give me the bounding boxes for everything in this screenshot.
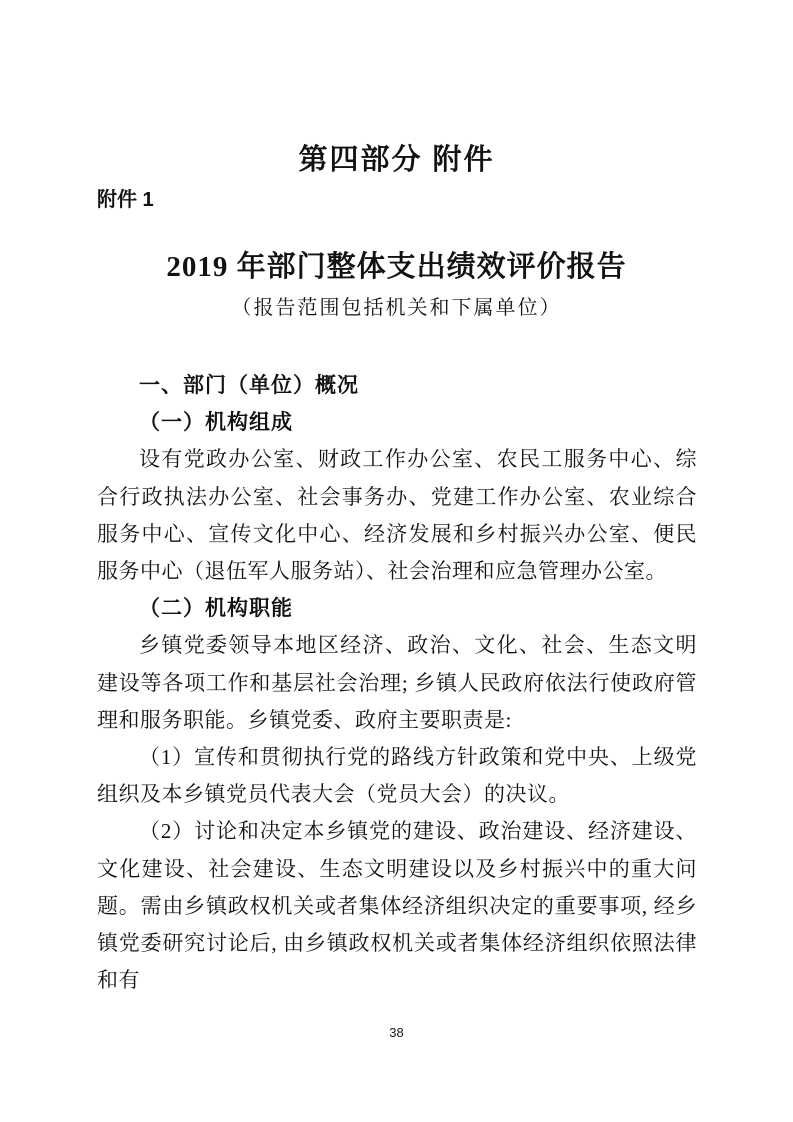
paragraph-2: 乡镇党委领导本地区经济、政治、文化、社会、生态文明建设等各项工作和基层社会治理;… [97, 627, 697, 739]
report-title: 2019 年部门整体支出绩效评价报告 [0, 247, 793, 287]
paragraph-4: （2）讨论和决定本乡镇党的建设、政治建设、经济建设、文化建设、社会建设、生态文明… [97, 813, 697, 999]
document-body: 一、部门（单位）概况 （一）机构组成 设有党政办公室、财政工作办公室、农民工服务… [97, 367, 697, 999]
part-heading: 第四部分 附件 [0, 0, 793, 181]
attachment-label: 附件 1 [97, 187, 793, 213]
document-page: 第四部分 附件 附件 1 2019 年部门整体支出绩效评价报告 （报告范围包括机… [0, 0, 793, 1122]
report-subtitle: （报告范围包括机关和下属单位） [0, 293, 793, 323]
paragraph-3: （1）宣传和贯彻执行党的路线方针政策和党中央、上级党组织及本乡镇党员代表大会（党… [97, 739, 697, 813]
section-heading: 一、部门（单位）概况 [97, 367, 697, 404]
subsection-heading-1: （一）机构组成 [97, 404, 697, 441]
paragraph-1: 设有党政办公室、财政工作办公室、农民工服务中心、综合行政执法办公室、社会事务办、… [97, 441, 697, 590]
subsection-heading-2: （二）机构职能 [97, 590, 697, 627]
page-number: 38 [0, 1024, 793, 1042]
